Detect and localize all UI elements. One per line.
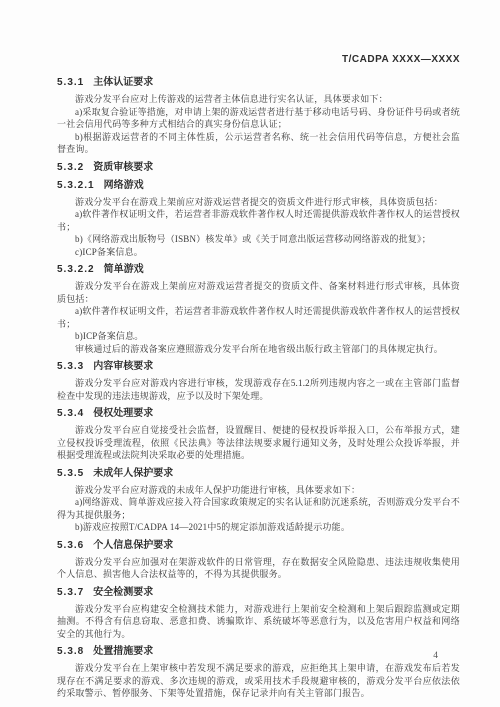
section-number: 5.3.7 xyxy=(57,586,84,599)
section-title: 处置措施要求 xyxy=(93,646,153,657)
page-number: 4 xyxy=(433,651,438,661)
section-number: 5.3.2.2 xyxy=(57,263,95,276)
paragraph: 游戏分发平台应对游戏内容进行审核，发现游戏存在5.1.2所列违规内容之一或在主管… xyxy=(57,377,460,402)
list-item-b: b)游戏应按照T/CADPA 14—2021中5的规定添加游戏适龄提示功能。 xyxy=(57,521,460,534)
section-number: 5.3.4 xyxy=(57,407,84,420)
document-page: T/CADPA XXXX—XXXX 5.3.1主体认证要求 游戏分发平台应对上传… xyxy=(0,0,500,707)
section-number: 5.3.5 xyxy=(57,467,84,480)
section-title: 个人信息保护要求 xyxy=(93,540,173,551)
standard-code-header: T/CADPA XXXX—XXXX xyxy=(57,54,460,66)
paragraph: 游戏分发平台在游戏上架前应对游戏运营者提交的资质文件、备案材料进行形式审核，具体… xyxy=(57,280,460,305)
list-item-a: a)软件著作权证明文件，若运营者非游戏软件著作权人时还需提供游戏软件著作权人的运… xyxy=(57,208,460,233)
section-title: 主体认证要求 xyxy=(93,77,153,88)
section-heading-5-3-3: 5.3.3内容审核要求 xyxy=(57,360,460,373)
paragraph: 游戏分发平台应对游戏的未成年人保护功能进行审核，具体要求如下： xyxy=(57,484,460,497)
paragraph: 游戏分发平台应对上传游戏的运营者主体信息进行实名认证，具体要求如下： xyxy=(57,93,460,106)
paragraph: 游戏分发平台在上架审核中若发现不满足要求的游戏，应拒绝其上架申请，在游戏发布后若… xyxy=(57,662,460,700)
list-item-a: a)采取复合验证等措施，对申请上架的游戏运营者进行基于移动电话号码、身份证件号码… xyxy=(57,106,460,131)
list-item-b: b)《网络游戏出版物号（ISBN）核发单》或《关于同意出版运营移动网络游戏的批复… xyxy=(57,233,460,246)
section-title: 网络游戏 xyxy=(104,180,144,191)
section-title: 安全检测要求 xyxy=(93,587,153,598)
section-title: 资质审核要求 xyxy=(93,162,153,173)
paragraph: 游戏分发平台应构建安全检测技术能力，对游戏进行上架前安全检测和上架后跟踪监测或定… xyxy=(57,603,460,641)
section-heading-5-3-8: 5.3.8处置措施要求 xyxy=(57,645,460,658)
paragraph: 游戏分发平台应自觉接受社会监督，设置醒目、便捷的侵权投诉举报入口，公布举报方式，… xyxy=(57,424,460,462)
section-heading-5-3-2-2: 5.3.2.2简单游戏 xyxy=(57,263,460,276)
section-heading-5-3-4: 5.3.4侵权处理要求 xyxy=(57,407,460,420)
paragraph: 审核通过后的游戏备案应遵照游戏分发平台所在地省级出版行政主管部门的具体规定执行。 xyxy=(57,343,460,356)
paragraph: 游戏分发平台应加强对在架游戏软件的日常管理，存在数据安全风险隐患、违法违规收集使… xyxy=(57,556,460,581)
section-title: 简单游戏 xyxy=(104,264,144,275)
section-number: 5.3.2.1 xyxy=(57,179,95,192)
section-number: 5.3.1 xyxy=(57,76,84,89)
list-item-b: b)ICP备案信息。 xyxy=(57,330,460,343)
section-heading-5-3-2-1: 5.3.2.1网络游戏 xyxy=(57,179,460,192)
section-heading-5-3-5: 5.3.5未成年人保护要求 xyxy=(57,467,460,480)
list-item-a: a)网络游戏、简单游戏应接入符合国家政策规定的实名认证和防沉迷系统，否则游戏分发… xyxy=(57,496,460,521)
section-heading-5-3-6: 5.3.6个人信息保护要求 xyxy=(57,539,460,552)
paragraph: 游戏分发平台在游戏上架前应对游戏运营者提交的资质文件进行形式审核，具体资质包括： xyxy=(57,196,460,209)
section-heading-5-3-1: 5.3.1主体认证要求 xyxy=(57,76,460,89)
list-item-a: a)软件著作权证明文件，若运营者非游戏软件著作权人时还需提供游戏软件著作权人的运… xyxy=(57,305,460,330)
section-title: 侵权处理要求 xyxy=(93,408,153,419)
section-number: 5.3.8 xyxy=(57,645,84,658)
section-heading-5-3-7: 5.3.7安全检测要求 xyxy=(57,586,460,599)
section-number: 5.3.3 xyxy=(57,360,84,373)
section-title: 内容审核要求 xyxy=(93,361,153,372)
section-number: 5.3.6 xyxy=(57,539,84,552)
list-item-c: c)ICP备案信息。 xyxy=(57,246,460,259)
section-title: 未成年人保护要求 xyxy=(93,468,173,479)
list-item-b: b)根据游戏运营者的不同主体性质，公示运营者名称、统一社会信用代码等信息，方便社… xyxy=(57,131,460,156)
section-heading-5-3-2: 5.3.2资质审核要求 xyxy=(57,161,460,174)
section-number: 5.3.2 xyxy=(57,161,84,174)
